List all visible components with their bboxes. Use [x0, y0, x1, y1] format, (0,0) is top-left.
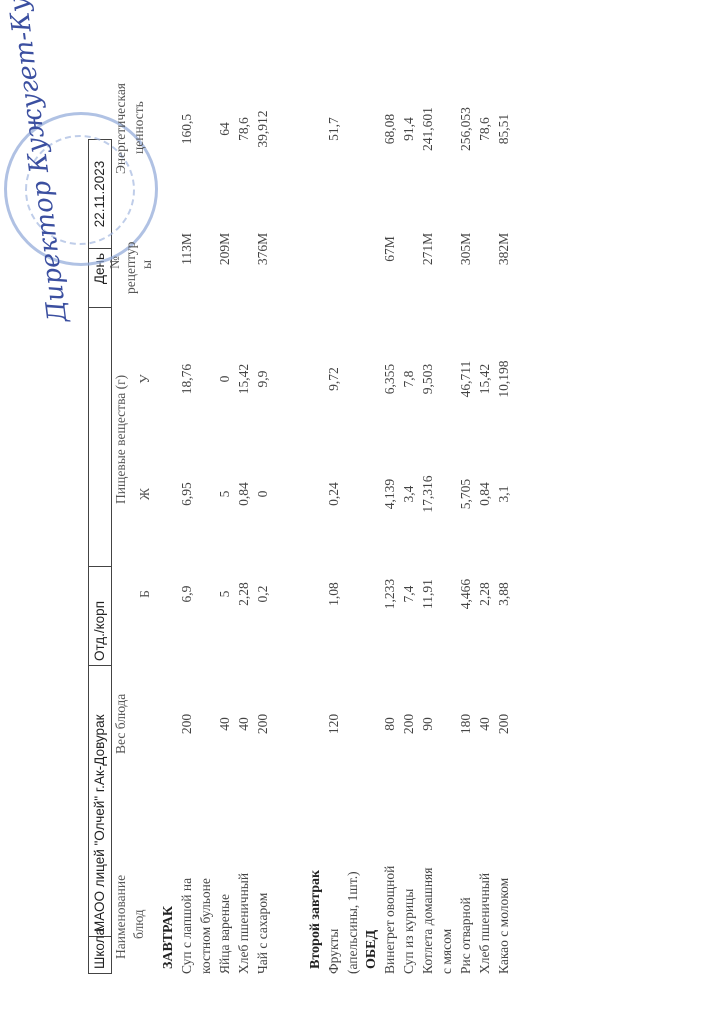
weight-value: 120 — [325, 699, 342, 749]
dish-name: Рис отварной — [457, 897, 474, 974]
col-energy: ценность — [130, 101, 147, 154]
weight-value: 40 — [476, 699, 493, 749]
col-recipe: № — [106, 256, 123, 269]
dish-name: с мясом — [438, 929, 455, 974]
recipe-number: 113М — [178, 214, 195, 284]
weight-value: 200 — [400, 699, 417, 749]
fat-value: 3,4 — [400, 459, 417, 529]
energy-value: 39,912 — [254, 94, 271, 164]
dish-name: Суп из курицы — [400, 889, 417, 974]
dept-label: Отд./корп — [89, 566, 111, 665]
dish-name: Котлета домашняя — [419, 868, 436, 974]
energy-value: 256,053 — [457, 94, 474, 164]
dish-name: костном бульоне — [197, 878, 214, 974]
col-recipe: рецептур — [122, 242, 139, 294]
energy-value: 160,5 — [178, 94, 195, 164]
weight-value: 80 — [381, 699, 398, 749]
recipe-number: 209М — [216, 214, 233, 284]
dish-name: (апельсины, 1шт.) — [344, 871, 361, 974]
energy-value: 78,6 — [235, 94, 252, 164]
dish-name: Хлеб пшеничный — [235, 873, 252, 974]
energy-value: 51,7 — [325, 94, 342, 164]
col-u: У — [136, 344, 153, 414]
dish-name: Чай с сахаром — [254, 893, 271, 974]
carb-value: 15,42 — [476, 344, 493, 414]
protein-value: 4,466 — [457, 559, 474, 629]
recipe-number: 67М — [381, 214, 398, 284]
section-title: ОБЕД — [363, 930, 380, 969]
fat-value: 5 — [216, 459, 233, 529]
rotated-menu-page: Школа МАОО лицей "Олчей" г.Ак-Довурак От… — [0, 0, 724, 1024]
header-blank — [89, 307, 111, 566]
fat-value: 17,316 — [419, 459, 436, 529]
protein-value: 2,28 — [235, 559, 252, 629]
dish-name: Фрукты — [325, 929, 342, 974]
weight-value: 180 — [457, 699, 474, 749]
fat-value: 4,139 — [381, 459, 398, 529]
dish-name: Суп с лапшой на — [178, 878, 195, 974]
fat-value: 0,84 — [476, 459, 493, 529]
protein-value: 0,2 — [254, 559, 271, 629]
energy-value: 85,51 — [495, 94, 512, 164]
col-zh: Ж — [136, 459, 153, 529]
carb-value: 10,198 — [495, 344, 512, 414]
energy-value: 91,4 — [400, 94, 417, 164]
fat-value: 6,95 — [178, 459, 195, 529]
school-name: МАОО лицей "Олчей" г.Ак-Довурак — [89, 665, 111, 936]
col-weight: Вес блюда — [112, 694, 129, 754]
protein-value: 1,08 — [325, 559, 342, 629]
col-nutrients: Пищевые вещества (г) — [112, 375, 129, 504]
energy-value: 68,08 — [381, 94, 398, 164]
recipe-number: 305М — [457, 214, 474, 284]
col-energy: Энергетическая — [112, 83, 129, 174]
protein-value: 11,91 — [419, 559, 436, 629]
fat-value: 5,705 — [457, 459, 474, 529]
carb-value: 0 — [216, 344, 233, 414]
carb-value: 9,72 — [325, 344, 342, 414]
school-label: Школа — [89, 936, 111, 973]
protein-value: 5 — [216, 559, 233, 629]
protein-value: 3,88 — [495, 559, 512, 629]
fat-value: 0,84 — [235, 459, 252, 529]
recipe-number: 382М — [495, 214, 512, 284]
fat-value: 0 — [254, 459, 271, 529]
protein-value: 7,4 — [400, 559, 417, 629]
weight-value: 90 — [419, 699, 436, 749]
recipe-number: 271М — [419, 214, 436, 284]
weight-value: 40 — [216, 699, 233, 749]
weight-value: 200 — [254, 699, 271, 749]
col-dish: Наименование — [112, 875, 129, 959]
col-recipe: ы — [138, 260, 155, 269]
carb-value: 7,8 — [400, 344, 417, 414]
dish-name: Винегрет овощной — [381, 866, 398, 974]
weight-value: 40 — [235, 699, 252, 749]
col-b: Б — [136, 559, 153, 629]
weight-value: 200 — [495, 699, 512, 749]
energy-value: 78,6 — [476, 94, 493, 164]
protein-value: 2,28 — [476, 559, 493, 629]
section-title: ЗАВТРАК — [160, 906, 177, 969]
dish-name: Хлеб пшеничный — [476, 873, 493, 974]
fat-value: 3,1 — [495, 459, 512, 529]
dish-name: Яйца вареные — [216, 894, 233, 974]
carb-value: 46,711 — [457, 344, 474, 414]
recipe-number: 376М — [254, 214, 271, 284]
col-dish: блюд — [130, 909, 147, 939]
carb-value: 18,76 — [178, 344, 195, 414]
carb-value: 6,355 — [381, 344, 398, 414]
dish-name: Какао с молоком — [495, 878, 512, 974]
fat-value: 0,24 — [325, 459, 342, 529]
weight-value: 200 — [178, 699, 195, 749]
carb-value: 9,503 — [419, 344, 436, 414]
energy-value: 241,601 — [419, 94, 436, 164]
carb-value: 15,42 — [235, 344, 252, 414]
protein-value: 1,233 — [381, 559, 398, 629]
carb-value: 9,9 — [254, 344, 271, 414]
section-title: Второй завтрак — [307, 870, 324, 969]
protein-value: 6,9 — [178, 559, 195, 629]
energy-value: 64 — [216, 94, 233, 164]
